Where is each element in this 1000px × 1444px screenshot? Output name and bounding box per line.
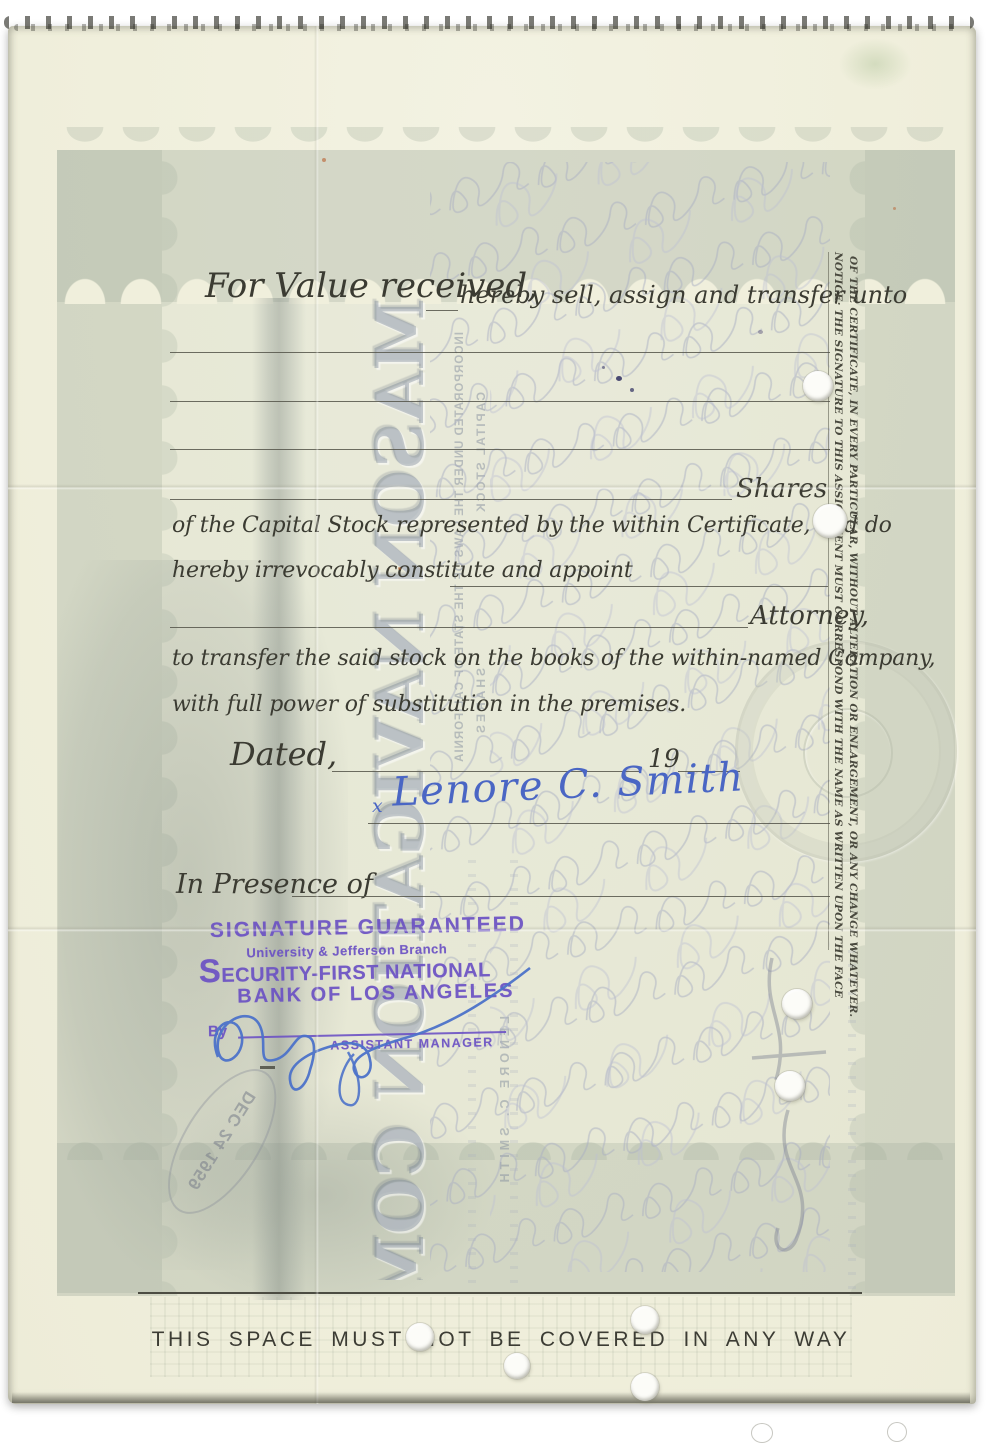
shares-line [170,499,732,500]
line-capital-stock: of the Capital Stock represented by the … [172,513,892,538]
blank-line-2 [170,401,830,402]
ink-speck-1 [616,376,622,381]
signature-x-mark: x [372,795,383,817]
punch-hole-ghost-2 [888,1423,906,1441]
punch-hole-7 [631,1306,659,1334]
line-transfer: to transfer the said stock on the books … [172,646,935,671]
appoint-line [450,586,828,587]
line-substitution: with full power of substitution in the p… [172,692,686,717]
ink-speck-3 [602,366,605,369]
line-constitute: hereby irrevocably constitute and appoin… [172,558,632,583]
fold-crease-2 [8,926,976,932]
punch-hole-4 [775,1071,805,1101]
notice-divider-line [828,252,829,950]
fold-crease-1 [8,484,976,490]
rust-speck-3 [893,207,896,210]
punch-hole-5 [406,1323,434,1351]
assistant-manager-signature-scrawl [198,952,543,1117]
attorney-line [170,627,748,628]
ink-speck-2 [630,388,634,392]
signature-line [368,823,830,824]
punch-hole-6 [504,1353,530,1379]
dated-label: Dated, [230,735,337,773]
punch-hole-ghost-1 [752,1424,772,1442]
fold-crease-vertical [314,26,319,1404]
punch-hole-8 [631,1373,659,1401]
notice-line-2: OF THE CERTIFICATE, IN EVERY PARTICULAR,… [846,256,859,950]
notice-line-1: NOTICE: THE SIGNATURE TO THIS ASSIGNMENT… [831,252,844,946]
footer-rule [138,1292,862,1294]
ink-speck-4 [758,330,763,334]
blank-line-3 [170,449,830,450]
rust-speck-2 [398,567,401,570]
rust-speck-1 [322,158,326,162]
paper-bottom-edge [12,1392,970,1403]
punch-hole-1 [803,371,833,401]
punch-hole-2 [813,504,847,538]
blank-short-line [426,310,458,311]
footer-text: THIS SPACE MUST NOT BE COVERED IN ANY WA… [150,1328,852,1352]
green-smudge [838,38,912,90]
frame-scallop-top-outer [57,127,955,153]
presence-line [292,896,830,897]
perforation-edge-2 [14,24,966,31]
blank-line-1 [170,352,830,353]
punch-hole-3 [782,989,812,1019]
